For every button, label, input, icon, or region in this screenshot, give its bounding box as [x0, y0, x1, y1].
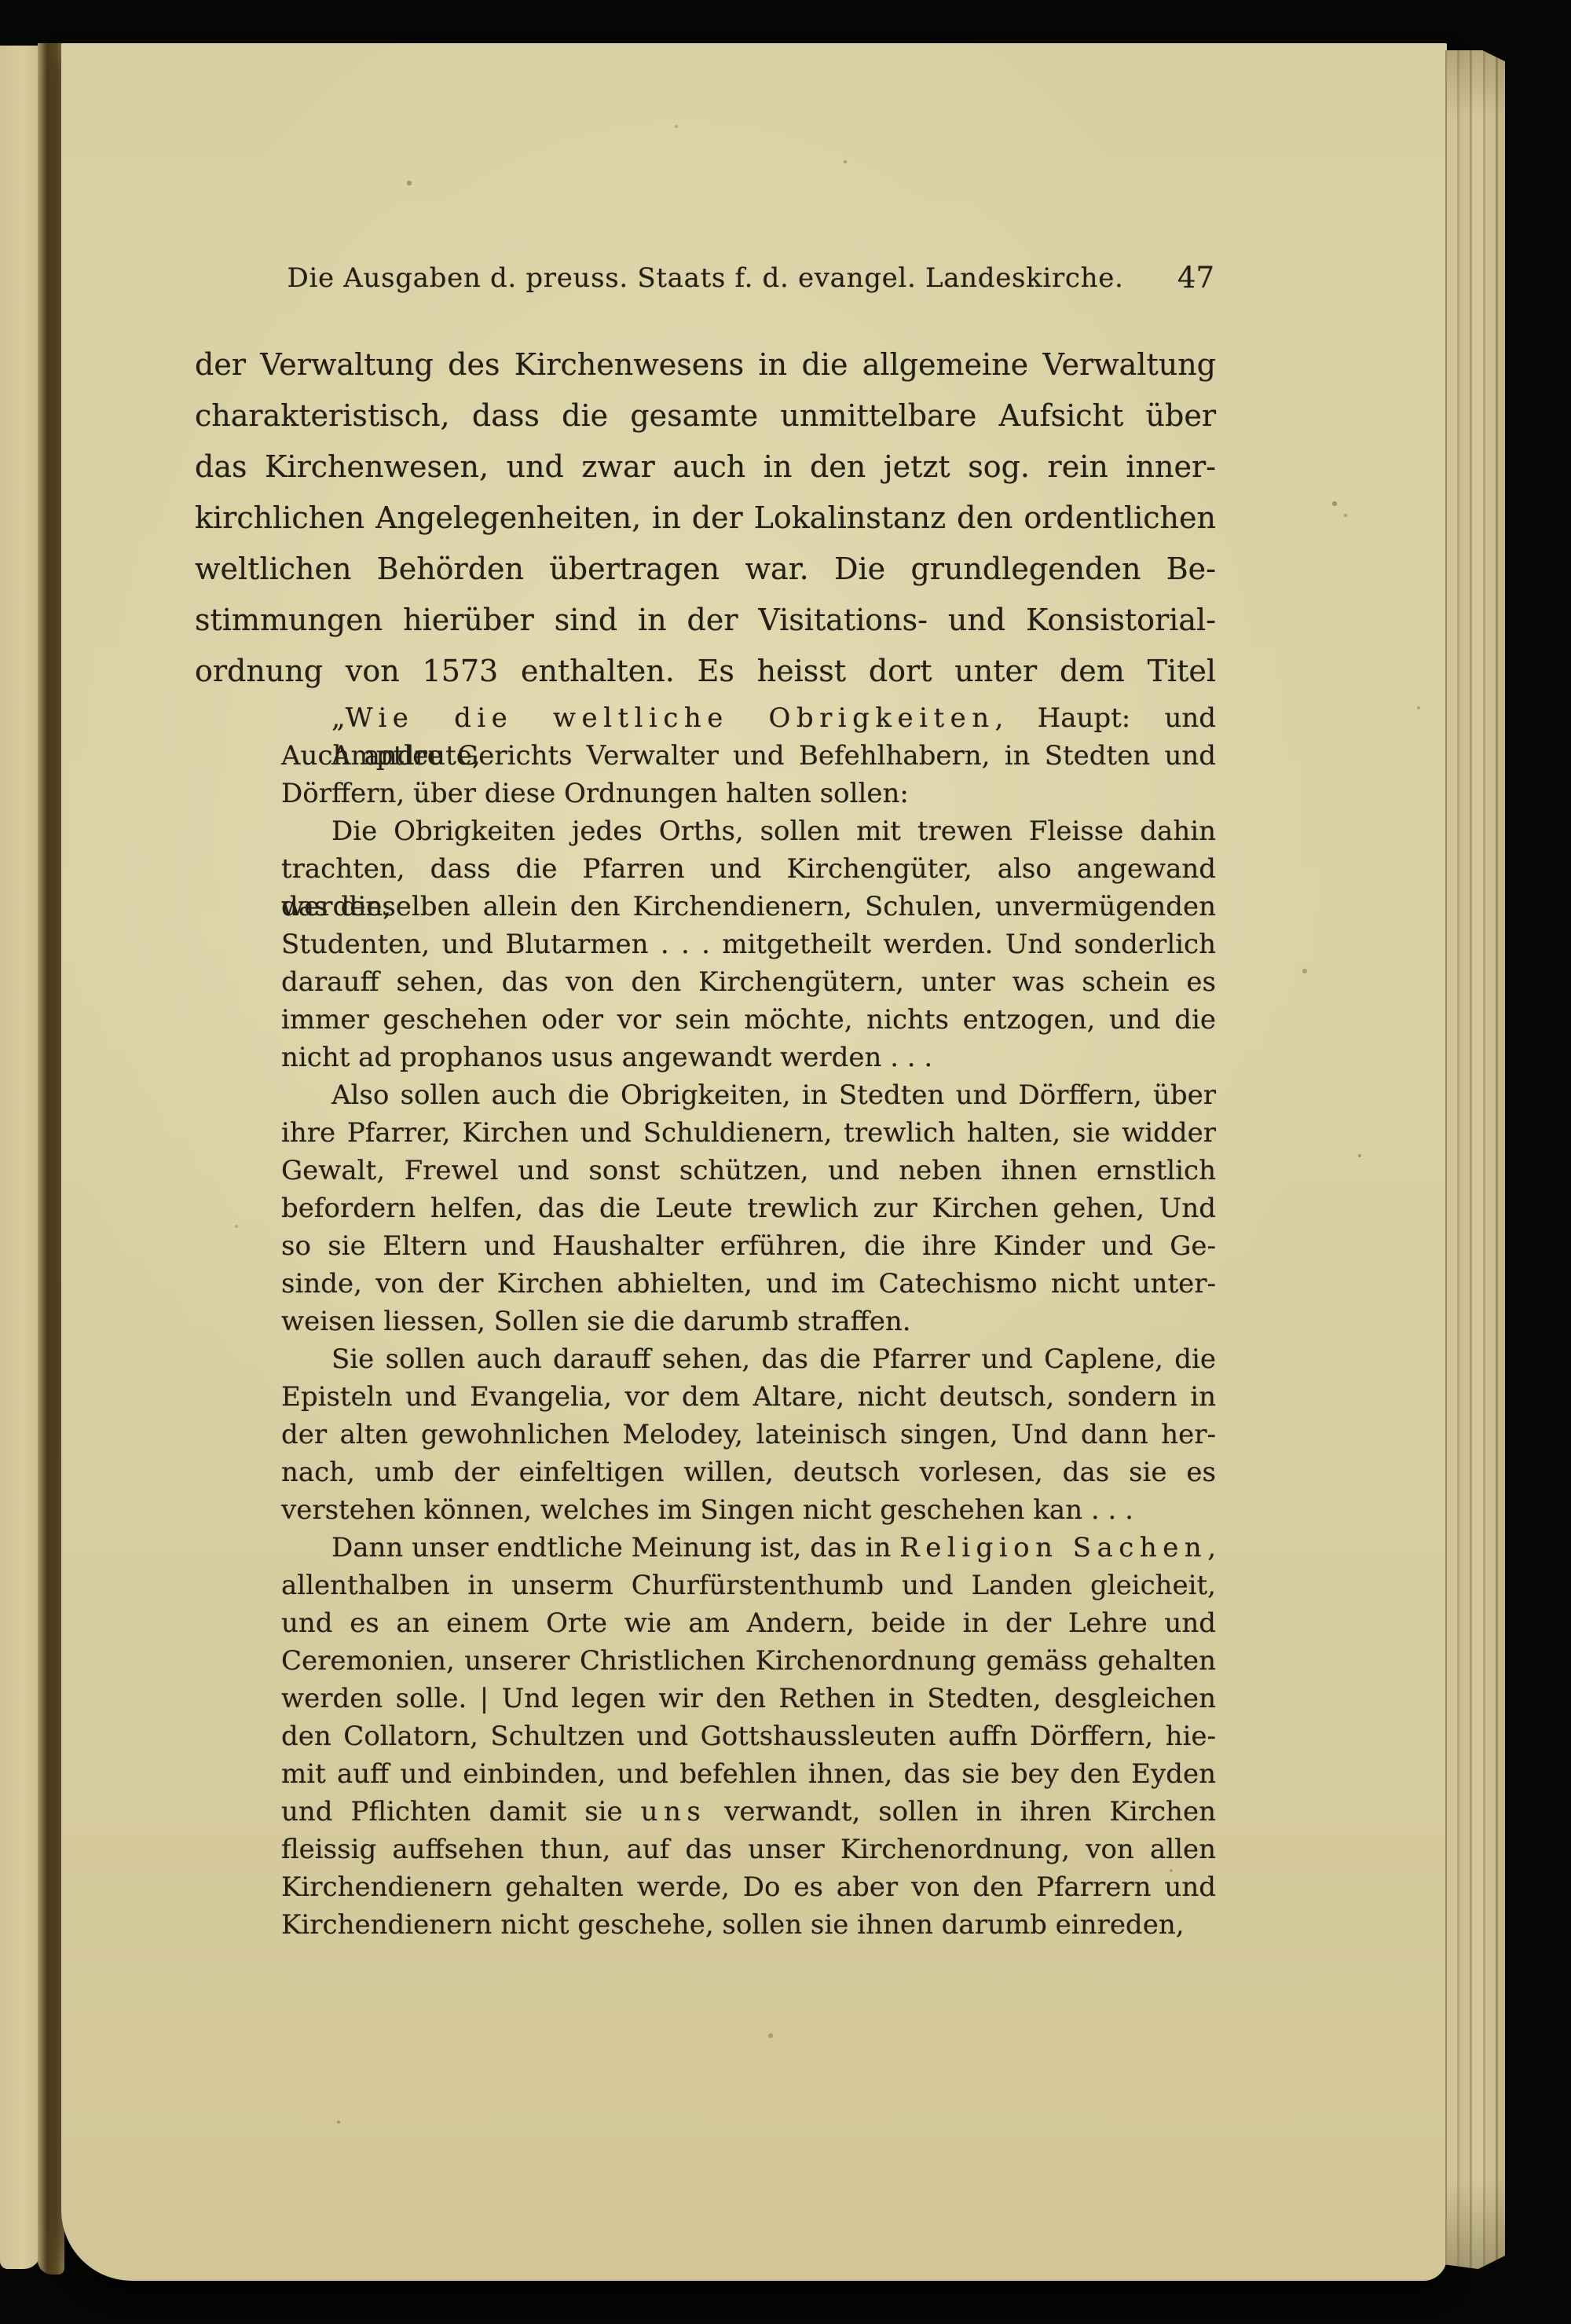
text-line: Studenten, und Blutarmen . . . mitgethei…	[281, 926, 1216, 963]
text-segment: Gewalt, Frewel und sonst schützen, und n…	[281, 1155, 1216, 1186]
text-line: Also sollen auch die Obrigkeiten, in Ste…	[281, 1076, 1216, 1114]
text-line: darauff sehen, das von den Kirchengütern…	[281, 963, 1216, 1001]
quote-paragraph: Also sollen auch die Obrigkeiten, in Ste…	[281, 1076, 1216, 1340]
text-segment: Dörffern, über diese Ordnungen halten so…	[281, 778, 909, 809]
text-segment: den Collatorn, Schultzen und Gottshaussl…	[281, 1721, 1216, 1752]
text-segment: mit auff und einbinden, und befehlen ihn…	[281, 1758, 1216, 1790]
text-segment: der alten gewohnlichen Melodey, lateinis…	[281, 1419, 1216, 1450]
text-line: Kirchendienern gehalten werde, Do es abe…	[281, 1868, 1216, 1906]
text-segment: Sie sollen auch darauff sehen, das die P…	[331, 1343, 1216, 1375]
text-segment: darauff sehen, das von den Kirchengütern…	[281, 966, 1216, 998]
text-line: Dörffern, über diese Ordnungen halten so…	[281, 775, 1216, 812]
text-segment: kirchlichen Angelegenheiten, in der Loka…	[195, 500, 1216, 535]
text-segment: Studenten, und Blutarmen . . . mitgethei…	[281, 929, 1216, 960]
text-line: Dann unser endtliche Meinung ist, das in…	[281, 1529, 1216, 1567]
text-segment: das dieselben allein den Kirchendienern,…	[281, 891, 1216, 922]
text-segment: immer geschehen oder vor sein möchte, ni…	[281, 1004, 1216, 1036]
text-line: Die Obrigkeiten jedes Orths, sollen mit …	[281, 812, 1216, 850]
text-line: der Verwaltung des Kirchenwesens in die …	[195, 339, 1216, 390]
text-segment: und Pflichten damit sie	[281, 1796, 641, 1827]
text-segment: befordern helfen, das die Leute trewlich…	[281, 1193, 1216, 1224]
text-segment: ihre Pfarrer, Kirchen und Schuldienern, …	[281, 1117, 1216, 1149]
text-line: der alten gewohnlichen Melodey, lateinis…	[281, 1416, 1216, 1453]
page-number: 47	[1177, 258, 1214, 299]
adjacent-page-edge	[0, 46, 41, 2269]
intro-paragraph: der Verwaltung des Kirchenwesens in die …	[195, 339, 1216, 697]
text-segment: Dann unser endtliche Meinung ist, das in	[331, 1532, 899, 1563]
text-line: Auch andre Gerichts Verwalter und Befehl…	[281, 737, 1216, 775]
text-segment: Kirchendienern nicht geschehe, sollen si…	[281, 1909, 1185, 1941]
text-line: nach, umb der einfeltigen willen, deutsc…	[281, 1453, 1216, 1491]
text-line: trachten, dass die Pfarren und Kirchengü…	[281, 850, 1216, 888]
text-segment: das Kirchenwesen, und zwar auch in den j…	[195, 449, 1216, 484]
text-line: ordnung von 1573 enthalten. Es heisst do…	[195, 646, 1216, 697]
text-segment: sinde, von der Kirchen abhielten, und im…	[281, 1268, 1216, 1299]
text-segment: weisen liessen, Sollen sie die darumb st…	[281, 1306, 911, 1337]
text-line: das dieselben allein den Kirchendienern,…	[281, 888, 1216, 926]
text-segment: Kirchendienern gehalten werde, Do es abe…	[281, 1871, 1216, 1903]
text-segment: Also sollen auch die Obrigkeiten, in Ste…	[331, 1080, 1216, 1111]
text-line: befordern helfen, das die Leute trewlich…	[281, 1189, 1216, 1227]
text-segment: Auch andre Gerichts Verwalter und Befehl…	[281, 740, 1216, 772]
text-line: fleissig auffsehen thun, auf das unser K…	[281, 1831, 1216, 1868]
text-segment: nicht ad prophanos usus angewandt werden…	[281, 1042, 932, 1073]
text-segment: allenthalben in unserm Churfürstenthumb …	[281, 1570, 1216, 1601]
text-line: das Kirchenwesen, und zwar auch in den j…	[195, 442, 1216, 493]
text-segment: ordnung von 1573 enthalten. Es heisst do…	[195, 654, 1216, 688]
text-line: stimmungen hierüber sind in der Visitati…	[195, 595, 1216, 646]
text-line: ihre Pfarrer, Kirchen und Schuldienern, …	[281, 1114, 1216, 1152]
text-line: weisen liessen, Sollen sie die darumb st…	[281, 1303, 1216, 1340]
text-line: immer geschehen oder vor sein möchte, ni…	[281, 1001, 1216, 1039]
text-line: verstehen können, welches im Singen nich…	[281, 1491, 1216, 1529]
text-line: allenthalben in unserm Churfürstenthumb …	[281, 1567, 1216, 1604]
text-line: den Collatorn, Schultzen und Gottshaussl…	[281, 1717, 1216, 1755]
text-segment: Episteln und Evangelia, vor dem Altare, …	[281, 1381, 1216, 1413]
text-segment: so sie Eltern und Haushalter erführen, d…	[281, 1230, 1216, 1262]
text-segment: der Verwaltung des Kirchenwesens in die …	[195, 347, 1216, 382]
text-segment: nach, umb der einfeltigen willen, deutsc…	[281, 1457, 1216, 1488]
text-segment: verstehen können, welches im Singen nich…	[281, 1494, 1133, 1526]
quote-paragraph: Dann unser endtliche Meinung ist, das in…	[281, 1529, 1216, 1944]
text-line: und es an einem Orte wie am Andern, beid…	[281, 1604, 1216, 1642]
text-line: und Pflichten damit sie uns verwandt, so…	[281, 1793, 1216, 1831]
text-segment: verwandt, sollen in ihren Kirchen	[706, 1796, 1216, 1827]
quote-paragraph: Sie sollen auch darauff sehen, das die P…	[281, 1340, 1216, 1529]
text-line: mit auff und einbinden, und befehlen ihn…	[281, 1755, 1216, 1793]
text-segment: stimmungen hierüber sind in der Visitati…	[195, 603, 1216, 637]
text-line: Episteln und Evangelia, vor dem Altare, …	[281, 1378, 1216, 1416]
text-line: charakteristisch, dass die gesamte unmit…	[195, 390, 1216, 442]
quote-paragraph: Die Obrigkeiten jedes Orths, sollen mit …	[281, 812, 1216, 1076]
text-segment: und es an einem Orte wie am Andern, beid…	[281, 1607, 1216, 1639]
text-line: Sie sollen auch darauff sehen, das die P…	[281, 1340, 1216, 1378]
letterspaced-text: Wie die weltliche Obrigkeiten	[346, 702, 995, 734]
text-line: sinde, von der Kirchen abhielten, und im…	[281, 1265, 1216, 1303]
book-gutter-shadow	[38, 43, 64, 2275]
text-segment: weltlichen Behörden übertragen war. Die …	[195, 552, 1216, 586]
text-line: werden solle. | Und legen wir den Rethen…	[281, 1680, 1216, 1717]
page-edge-stack	[1445, 50, 1505, 2269]
book-scan-canvas: Die Ausgaben d. preuss. Staats f. d. eva…	[0, 0, 1571, 2324]
letterspaced-text: uns	[641, 1796, 707, 1827]
text-line: Ceremonien, unserer Christlichen Kirchen…	[281, 1642, 1216, 1680]
text-segment: ,	[1207, 1532, 1216, 1563]
text-line: Kirchendienern nicht geschehe, sollen si…	[281, 1906, 1216, 1944]
text-segment: Ceremonien, unserer Christlichen Kirchen…	[281, 1645, 1216, 1677]
text-line: kirchlichen Angelegenheiten, in der Loka…	[195, 493, 1216, 544]
running-header: Die Ausgaben d. preuss. Staats f. d. eva…	[195, 258, 1216, 299]
text-segment: fleissig auffsehen thun, auf das unser K…	[281, 1834, 1216, 1865]
text-line: so sie Eltern und Haushalter erführen, d…	[281, 1227, 1216, 1265]
running-header-title: Die Ausgaben d. preuss. Staats f. d. eva…	[195, 258, 1216, 299]
paper-specks	[0, 0, 2, 2]
text-segment: werden solle. | Und legen wir den Rethen…	[281, 1683, 1216, 1714]
text-line: Gewalt, Frewel und sonst schützen, und n…	[281, 1152, 1216, 1189]
text-line: weltlichen Behörden übertragen war. Die …	[195, 544, 1216, 595]
text-segment: „	[331, 702, 346, 734]
text-line: nicht ad prophanos usus angewandt werden…	[281, 1039, 1216, 1076]
text-segment: Die Obrigkeiten jedes Orths, sollen mit …	[331, 816, 1216, 847]
text-line: „Wie die weltliche Obrigkeiten, Haupt: u…	[281, 699, 1216, 737]
letterspaced-text: Religion Sachen	[899, 1532, 1207, 1563]
quote-paragraph: „Wie die weltliche Obrigkeiten, Haupt: u…	[281, 699, 1216, 812]
quote-block: „Wie die weltliche Obrigkeiten, Haupt: u…	[281, 699, 1216, 1944]
text-segment: charakteristisch, dass die gesamte unmit…	[195, 398, 1216, 433]
